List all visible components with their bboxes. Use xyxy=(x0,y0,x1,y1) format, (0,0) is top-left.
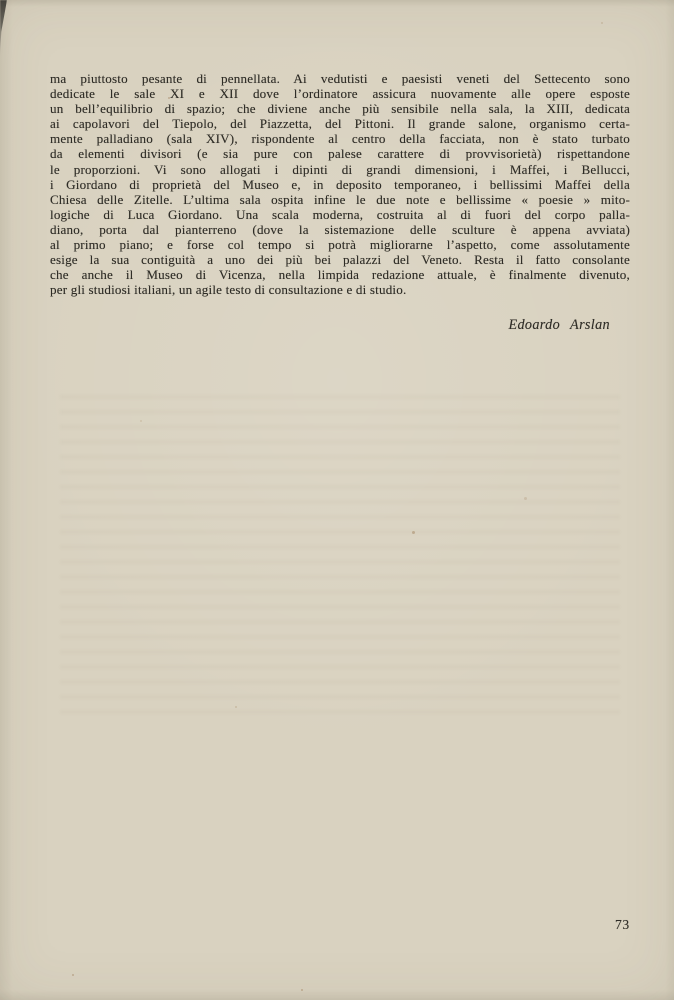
text-line: da elementi divisori (e sia pure con pal… xyxy=(50,146,630,161)
author-signature: Edoardo Arslan xyxy=(50,317,610,334)
text-line: ma piuttosto pesante di pennellata. Ai v… xyxy=(50,71,630,86)
paper-speck xyxy=(301,989,303,991)
page-number: 73 xyxy=(615,917,630,933)
paper-speck xyxy=(72,974,74,976)
paper-speck xyxy=(235,706,237,708)
text-line: diano, porta dal pianterreno (dove la si… xyxy=(50,222,630,237)
text-line: che anche il Museo di Vicenza, nella lim… xyxy=(50,267,630,282)
text-line: dedicate le sale XI e XII dove l’ordinat… xyxy=(50,86,630,101)
book-page: ma piuttosto pesante di pennellata. Ai v… xyxy=(0,0,674,1000)
paper-speck xyxy=(412,531,415,534)
scan-corner-shadow xyxy=(0,0,7,58)
paper-speck xyxy=(601,22,603,24)
paragraph: ma piuttosto pesante di pennellata. Ai v… xyxy=(50,71,630,297)
paper-speck xyxy=(168,97,170,99)
text-line: mente palladiano (sala XIV), rispondente… xyxy=(50,131,630,146)
text-line: ai capolavori del Tiepolo, del Piazzetta… xyxy=(50,116,630,131)
text-line: Chiesa delle Zitelle. L’ultima sala ospi… xyxy=(50,192,630,207)
text-line: le proporzioni. Vi sono allogati i dipin… xyxy=(50,162,630,177)
text-line: esige la sua contiguità a uno dei più be… xyxy=(50,252,630,267)
paper-speck xyxy=(140,420,142,422)
paper-speck xyxy=(524,497,527,500)
text-line: i Giordano di proprietà del Museo e, in … xyxy=(50,177,630,192)
text-line: un bell’equilibrio di spazio; che divien… xyxy=(50,101,630,116)
text-line: logiche di Luca Giordano. Una scala mode… xyxy=(50,207,630,222)
reverse-page-show-through xyxy=(60,395,620,725)
text-line: al primo piano; e forse col tempo si pot… xyxy=(50,237,630,252)
text-line: per gli studiosi italiani, un agile test… xyxy=(50,282,630,297)
